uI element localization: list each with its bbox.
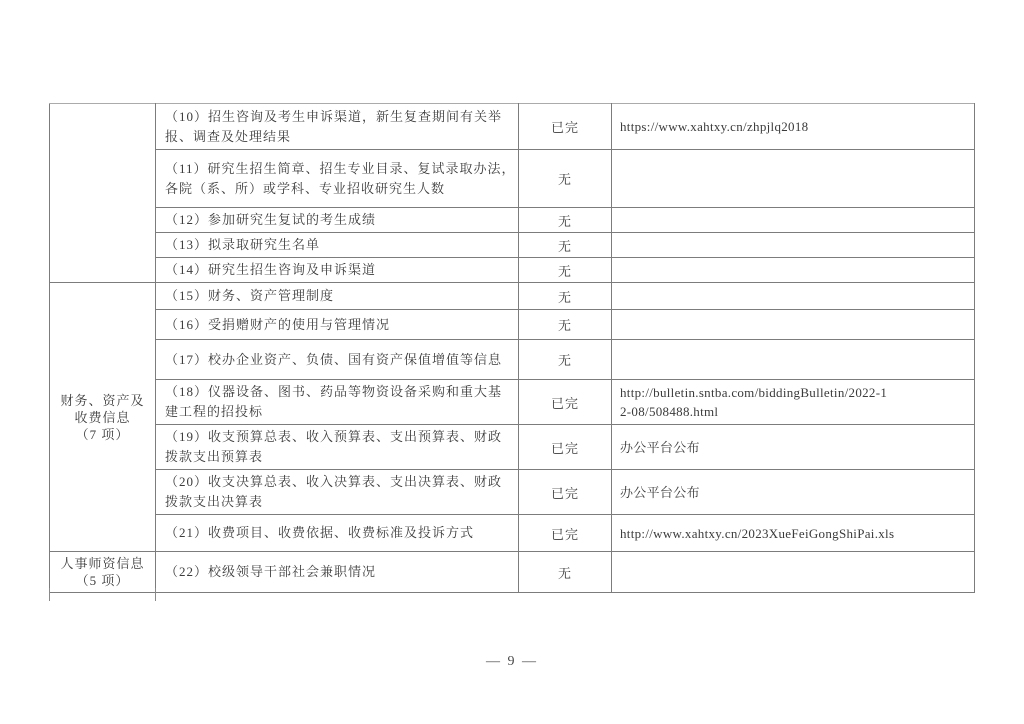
link-cell bbox=[612, 340, 975, 380]
status-cell: 已完 bbox=[519, 515, 612, 552]
status-cell: 已完 bbox=[519, 425, 612, 470]
link-cell[interactable]: http://www.xahtxy.cn/2023XueFeiGongShiPa… bbox=[612, 515, 975, 552]
item-cell: （18）仪器设备、图书、药品等物资设备采购和重大基 建工程的招投标 bbox=[156, 380, 519, 425]
item-cell: （10）招生咨询及考生申诉渠道，新生复查期间有关举 报、调查及处理结果 bbox=[156, 104, 519, 150]
link-cell bbox=[612, 208, 975, 233]
table-row: 人事师资信息 （5 项） （22）校级领导干部社会兼职情况 无 bbox=[50, 552, 975, 593]
link-cell: 办公平台公布 bbox=[612, 425, 975, 470]
item-cell: （17）校办企业资产、负债、国有资产保值增值等信息 bbox=[156, 340, 519, 380]
item-cell: （15）财务、资产管理制度 bbox=[156, 283, 519, 310]
category-cell-empty bbox=[50, 104, 156, 283]
link-cell[interactable]: https://www.xahtxy.cn/zhpjlq2018 bbox=[612, 104, 975, 150]
page-number: — 9 — bbox=[0, 654, 1024, 670]
item-cell: （13）拟录取研究生名单 bbox=[156, 233, 519, 258]
table-row: （11）研究生招生简章、招生专业目录、复试录取办法， 各院（系、所）或学科、专业… bbox=[50, 150, 975, 208]
table-row: （14）研究生招生咨询及申诉渠道 无 bbox=[50, 258, 975, 283]
item-cell: （12）参加研究生复试的考生成绩 bbox=[156, 208, 519, 233]
category-cell-finance: 财务、资产及 收费信息 （7 项） bbox=[50, 283, 156, 552]
link-cell bbox=[612, 150, 975, 208]
status-cell: 已完 bbox=[519, 380, 612, 425]
status-cell: 无 bbox=[519, 150, 612, 208]
link-cell bbox=[612, 233, 975, 258]
item-cell: （20）收支决算总表、收入决算表、支出决算表、财政 拨款支出决算表 bbox=[156, 470, 519, 515]
link-cell bbox=[612, 283, 975, 310]
status-cell: 已完 bbox=[519, 470, 612, 515]
link-cell bbox=[612, 552, 975, 593]
item-cell: （11）研究生招生简章、招生专业目录、复试录取办法， 各院（系、所）或学科、专业… bbox=[156, 150, 519, 208]
table-row: （17）校办企业资产、负债、国有资产保值增值等信息 无 bbox=[50, 340, 975, 380]
table-row: （12）参加研究生复试的考生成绩 无 bbox=[50, 208, 975, 233]
category-cell-hr: 人事师资信息 （5 项） bbox=[50, 552, 156, 593]
link-cell bbox=[612, 258, 975, 283]
link-cell bbox=[612, 310, 975, 340]
disclosure-table: （10）招生咨询及考生申诉渠道，新生复查期间有关举 报、调查及处理结果 已完 h… bbox=[49, 103, 975, 593]
status-cell: 无 bbox=[519, 310, 612, 340]
table-row: （13）拟录取研究生名单 无 bbox=[50, 233, 975, 258]
item-cell: （22）校级领导干部社会兼职情况 bbox=[156, 552, 519, 593]
table-row: （21）收费项目、收费依据、收费标准及投诉方式 已完 http://www.xa… bbox=[50, 515, 975, 552]
table-row: （10）招生咨询及考生申诉渠道，新生复查期间有关举 报、调查及处理结果 已完 h… bbox=[50, 104, 975, 150]
status-cell: 无 bbox=[519, 233, 612, 258]
category-column-continuation-line bbox=[49, 588, 50, 601]
table-row: 财务、资产及 收费信息 （7 项） （15）财务、资产管理制度 无 bbox=[50, 283, 975, 310]
status-cell: 无 bbox=[519, 208, 612, 233]
status-cell: 无 bbox=[519, 258, 612, 283]
item-cell: （16）受捐赠财产的使用与管理情况 bbox=[156, 310, 519, 340]
link-cell: 办公平台公布 bbox=[612, 470, 975, 515]
document-page: （10）招生咨询及考生申诉渠道，新生复查期间有关举 报、调查及处理结果 已完 h… bbox=[0, 0, 1024, 724]
category-column-continuation-line bbox=[155, 588, 156, 601]
table-row: （20）收支决算总表、收入决算表、支出决算表、财政 拨款支出决算表 已完 办公平… bbox=[50, 470, 975, 515]
link-cell[interactable]: http://bulletin.sntba.com/biddingBulleti… bbox=[612, 380, 975, 425]
status-cell: 无 bbox=[519, 283, 612, 310]
status-cell: 无 bbox=[519, 340, 612, 380]
status-cell: 无 bbox=[519, 552, 612, 593]
status-cell: 已完 bbox=[519, 104, 612, 150]
item-cell: （21）收费项目、收费依据、收费标准及投诉方式 bbox=[156, 515, 519, 552]
table-row: （16）受捐赠财产的使用与管理情况 无 bbox=[50, 310, 975, 340]
table-row: （19）收支预算总表、收入预算表、支出预算表、财政 拨款支出预算表 已完 办公平… bbox=[50, 425, 975, 470]
item-cell: （14）研究生招生咨询及申诉渠道 bbox=[156, 258, 519, 283]
item-cell: （19）收支预算总表、收入预算表、支出预算表、财政 拨款支出预算表 bbox=[156, 425, 519, 470]
table-row: （18）仪器设备、图书、药品等物资设备采购和重大基 建工程的招投标 已完 htt… bbox=[50, 380, 975, 425]
